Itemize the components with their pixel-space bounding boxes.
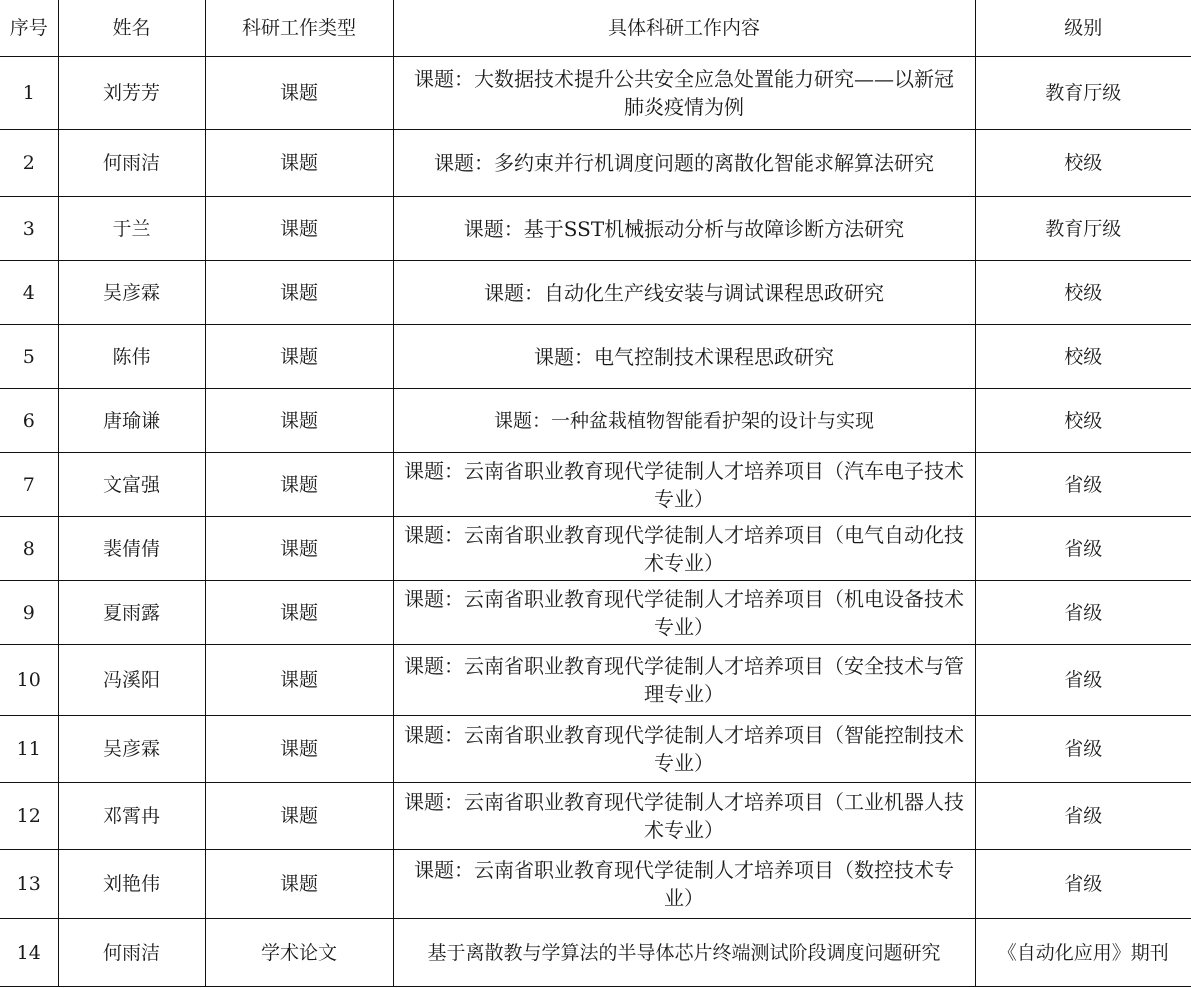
cell-name: 于兰 <box>58 197 205 261</box>
cell-no: 10 <box>0 645 58 716</box>
cell-level: 《自动化应用》期刊 <box>975 919 1191 987</box>
cell-level: 省级 <box>975 453 1191 517</box>
cell-type: 课题 <box>205 389 393 453</box>
cell-content: 课题：一种盆栽植物智能看护架的设计与实现 <box>393 389 975 453</box>
header-no: 序号 <box>0 0 58 57</box>
table-row: 1 刘芳芳 课题 课题：大数据技术提升公共安全应急处置能力研究——以新冠肺炎疫情… <box>0 57 1191 130</box>
cell-no: 9 <box>0 581 58 645</box>
table-row: 14 何雨洁 学术论文 基于离散教与学算法的半导体芯片终端测试阶段调度问题研究 … <box>0 919 1191 987</box>
cell-no: 2 <box>0 130 58 197</box>
cell-content: 课题：云南省职业教育现代学徒制人才培养项目（机电设备技术专业） <box>393 581 975 645</box>
cell-type: 课题 <box>205 261 393 325</box>
table-row: 7 文富强 课题 课题：云南省职业教育现代学徒制人才培养项目（汽车电子技术专业）… <box>0 453 1191 517</box>
cell-level: 省级 <box>975 783 1191 850</box>
cell-content: 课题：云南省职业教育现代学徒制人才培养项目（数控技术专业） <box>393 850 975 919</box>
cell-level: 校级 <box>975 389 1191 453</box>
cell-level: 省级 <box>975 850 1191 919</box>
cell-name: 刘芳芳 <box>58 57 205 130</box>
cell-content: 课题：基于SST机械振动分析与故障诊断方法研究 <box>393 197 975 261</box>
cell-type: 课题 <box>205 57 393 130</box>
cell-content: 课题：云南省职业教育现代学徒制人才培养项目（汽车电子技术专业） <box>393 453 975 517</box>
cell-no: 14 <box>0 919 58 987</box>
cell-level: 教育厅级 <box>975 197 1191 261</box>
header-content: 具体科研工作内容 <box>393 0 975 57</box>
cell-no: 12 <box>0 783 58 850</box>
cell-level: 校级 <box>975 261 1191 325</box>
cell-no: 1 <box>0 57 58 130</box>
cell-level: 校级 <box>975 130 1191 197</box>
table-row: 9 夏雨露 课题 课题：云南省职业教育现代学徒制人才培养项目（机电设备技术专业）… <box>0 581 1191 645</box>
cell-type: 课题 <box>205 716 393 783</box>
cell-name: 冯溪阳 <box>58 645 205 716</box>
header-level: 级别 <box>975 0 1191 57</box>
cell-type: 课题 <box>205 581 393 645</box>
table-row: 12 邓霄冉 课题 课题：云南省职业教育现代学徒制人才培养项目（工业机器人技术专… <box>0 783 1191 850</box>
cell-name: 吴彦霖 <box>58 716 205 783</box>
cell-name: 吴彦霖 <box>58 261 205 325</box>
cell-no: 8 <box>0 517 58 581</box>
cell-level: 省级 <box>975 581 1191 645</box>
cell-name: 文富强 <box>58 453 205 517</box>
cell-no: 6 <box>0 389 58 453</box>
cell-no: 11 <box>0 716 58 783</box>
cell-content: 课题：电气控制技术课程思政研究 <box>393 325 975 389</box>
cell-name: 裴倩倩 <box>58 517 205 581</box>
table-header-row: 序号 姓名 科研工作类型 具体科研工作内容 级别 <box>0 0 1191 57</box>
header-type: 科研工作类型 <box>205 0 393 57</box>
cell-name: 何雨洁 <box>58 919 205 987</box>
cell-level: 省级 <box>975 645 1191 716</box>
table-row: 8 裴倩倩 课题 课题：云南省职业教育现代学徒制人才培养项目（电气自动化技术专业… <box>0 517 1191 581</box>
cell-name: 邓霄冉 <box>58 783 205 850</box>
cell-no: 3 <box>0 197 58 261</box>
cell-no: 4 <box>0 261 58 325</box>
cell-name: 唐瑜谦 <box>58 389 205 453</box>
cell-content: 课题：云南省职业教育现代学徒制人才培养项目（智能控制技术专业） <box>393 716 975 783</box>
table-row: 10 冯溪阳 课题 课题：云南省职业教育现代学徒制人才培养项目（安全技术与管理专… <box>0 645 1191 716</box>
cell-level: 教育厅级 <box>975 57 1191 130</box>
cell-content: 课题：多约束并行机调度问题的离散化智能求解算法研究 <box>393 130 975 197</box>
cell-no: 13 <box>0 850 58 919</box>
table-row: 5 陈伟 课题 课题：电气控制技术课程思政研究 校级 <box>0 325 1191 389</box>
cell-type: 课题 <box>205 325 393 389</box>
cell-name: 何雨洁 <box>58 130 205 197</box>
cell-type: 课题 <box>205 850 393 919</box>
cell-level: 校级 <box>975 325 1191 389</box>
cell-name: 夏雨露 <box>58 581 205 645</box>
cell-type: 课题 <box>205 197 393 261</box>
table-row: 4 吴彦霖 课题 课题：自动化生产线安装与调试课程思政研究 校级 <box>0 261 1191 325</box>
cell-content: 课题：大数据技术提升公共安全应急处置能力研究——以新冠肺炎疫情为例 <box>393 57 975 130</box>
cell-type: 课题 <box>205 783 393 850</box>
cell-content: 课题：自动化生产线安装与调试课程思政研究 <box>393 261 975 325</box>
cell-level: 省级 <box>975 517 1191 581</box>
cell-type: 课题 <box>205 130 393 197</box>
table-row: 6 唐瑜谦 课题 课题：一种盆栽植物智能看护架的设计与实现 校级 <box>0 389 1191 453</box>
cell-content: 课题：云南省职业教育现代学徒制人才培养项目（工业机器人技术专业） <box>393 783 975 850</box>
cell-level: 省级 <box>975 716 1191 783</box>
cell-name: 刘艳伟 <box>58 850 205 919</box>
header-name: 姓名 <box>58 0 205 57</box>
table-row: 11 吴彦霖 课题 课题：云南省职业教育现代学徒制人才培养项目（智能控制技术专业… <box>0 716 1191 783</box>
cell-content: 课题：云南省职业教育现代学徒制人才培养项目（安全技术与管理专业） <box>393 645 975 716</box>
cell-type: 课题 <box>205 517 393 581</box>
research-table: 序号 姓名 科研工作类型 具体科研工作内容 级别 1 刘芳芳 课题 课题：大数据… <box>0 0 1191 987</box>
cell-content: 基于离散教与学算法的半导体芯片终端测试阶段调度问题研究 <box>393 919 975 987</box>
cell-type: 课题 <box>205 645 393 716</box>
table-row: 3 于兰 课题 课题：基于SST机械振动分析与故障诊断方法研究 教育厅级 <box>0 197 1191 261</box>
table-row: 2 何雨洁 课题 课题：多约束并行机调度问题的离散化智能求解算法研究 校级 <box>0 130 1191 197</box>
cell-content: 课题：云南省职业教育现代学徒制人才培养项目（电气自动化技术专业） <box>393 517 975 581</box>
cell-no: 5 <box>0 325 58 389</box>
table-row: 13 刘艳伟 课题 课题：云南省职业教育现代学徒制人才培养项目（数控技术专业） … <box>0 850 1191 919</box>
cell-no: 7 <box>0 453 58 517</box>
cell-type: 学术论文 <box>205 919 393 987</box>
cell-name: 陈伟 <box>58 325 205 389</box>
cell-type: 课题 <box>205 453 393 517</box>
